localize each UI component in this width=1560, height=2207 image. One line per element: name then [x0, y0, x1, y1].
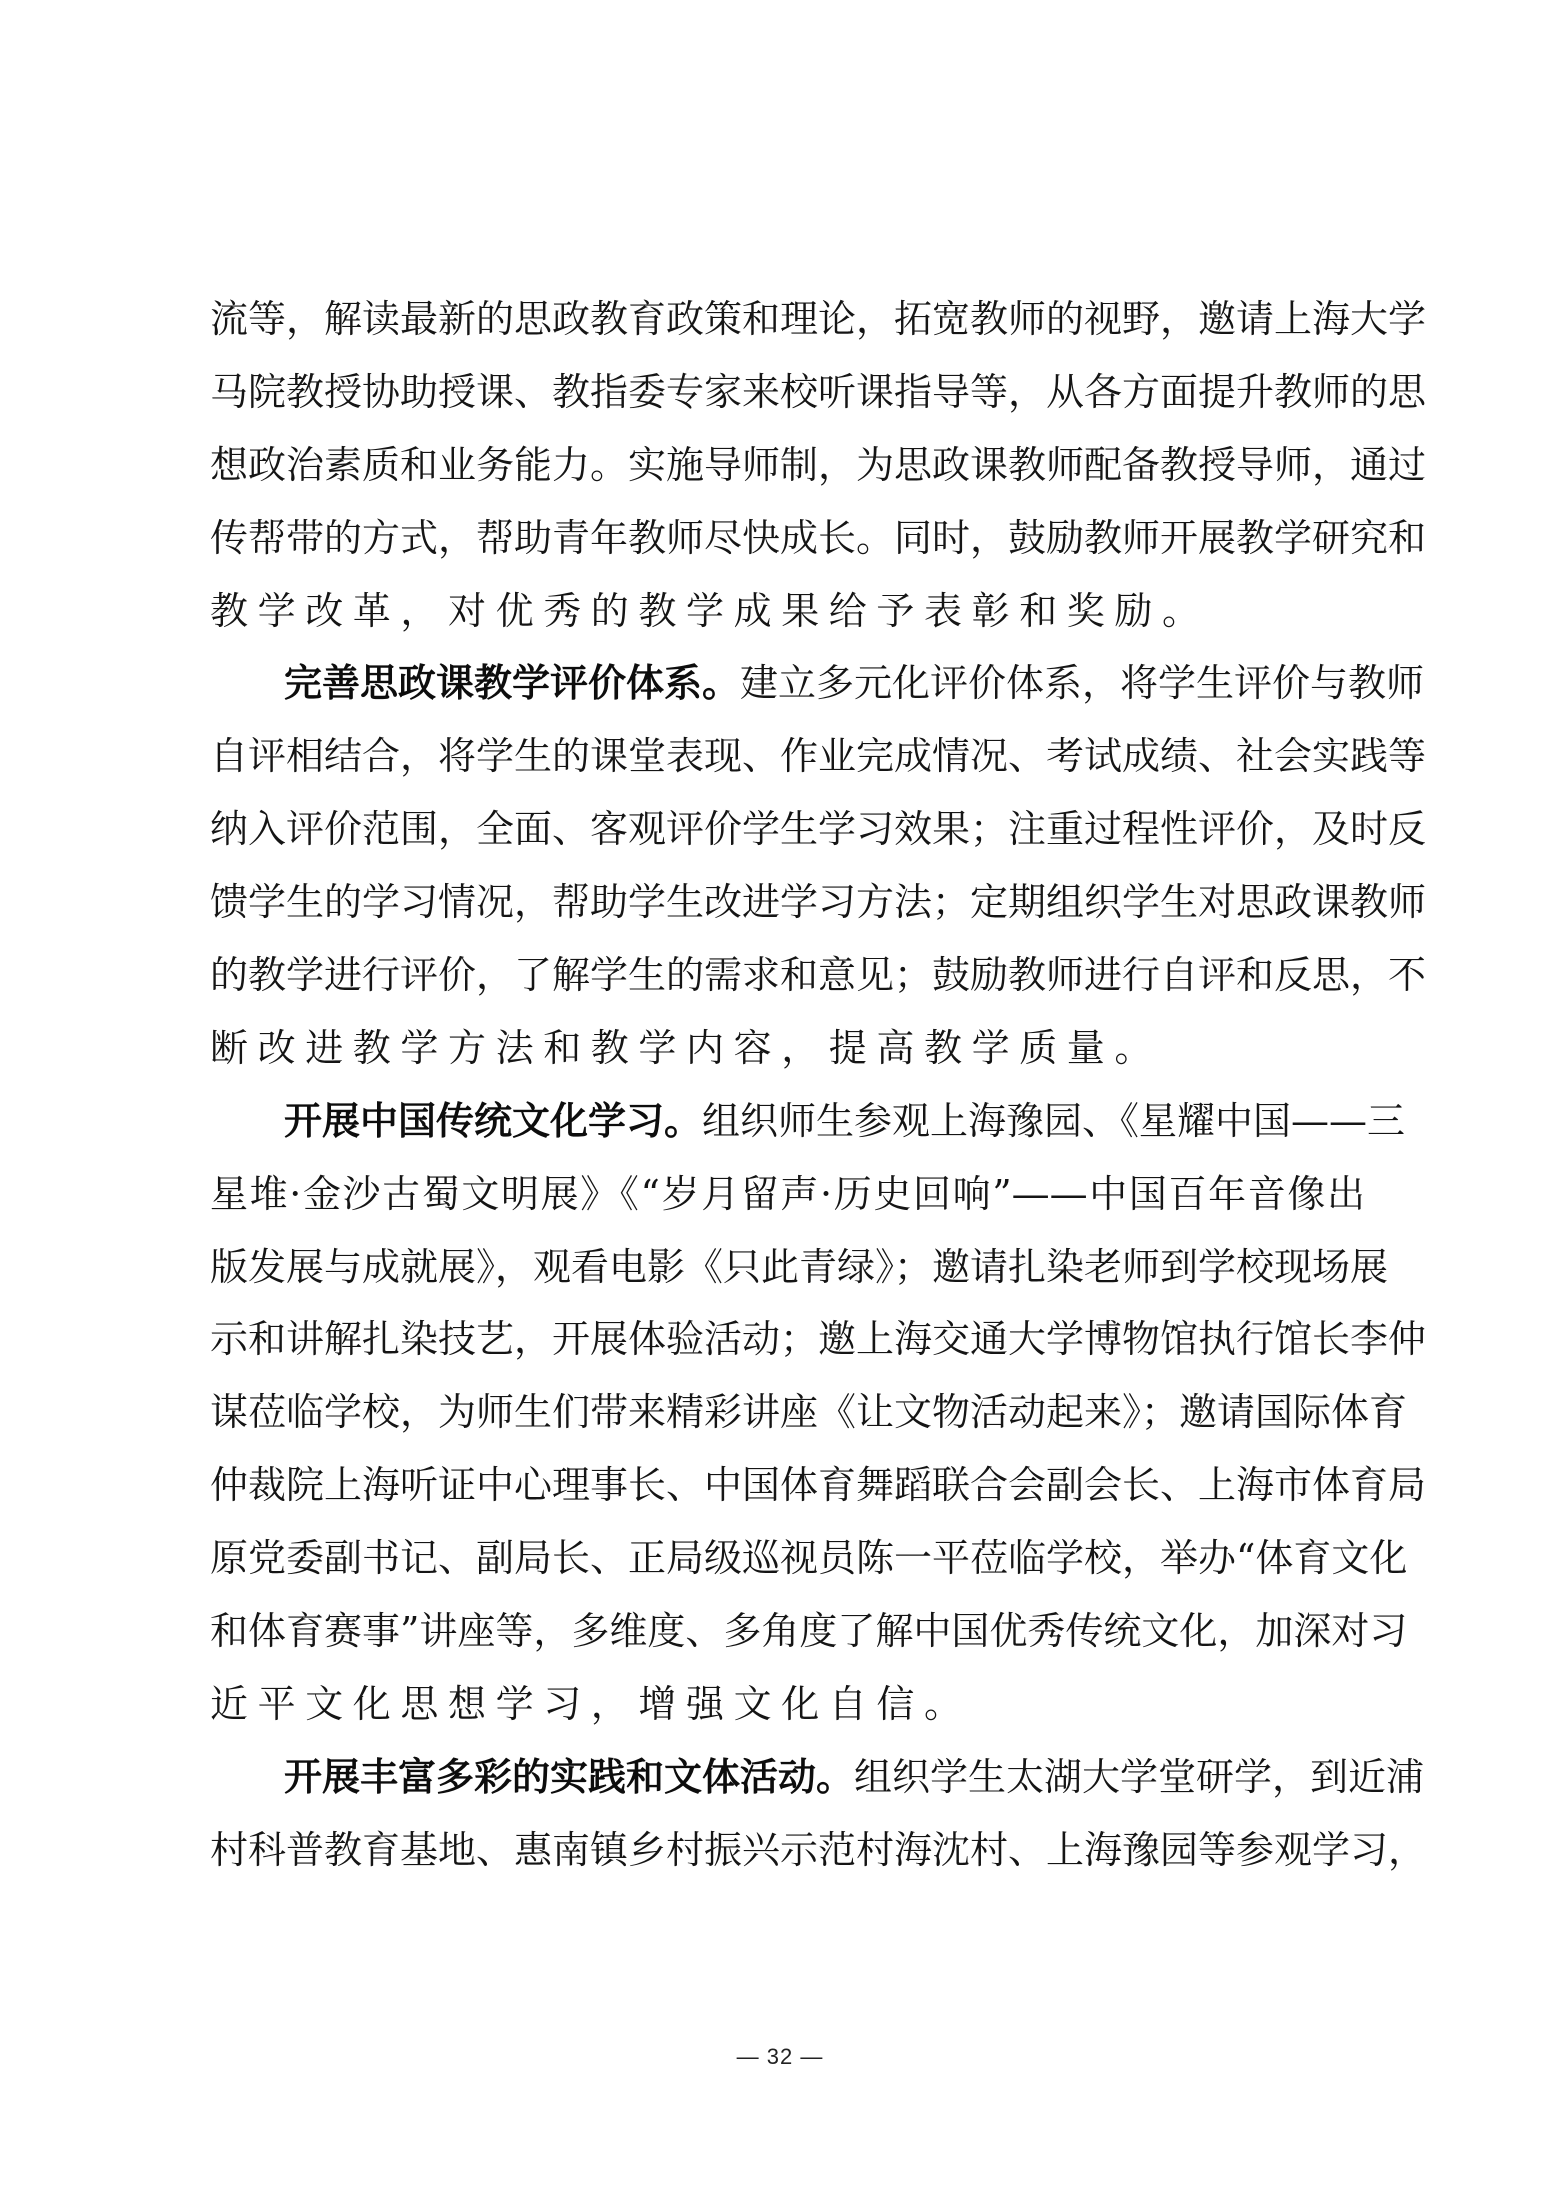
text-line: 和体育赛事”讲座等，多维度、多角度了解中国优秀传统文化，加深对习 — [210, 1595, 1365, 1668]
paragraph-heading: 开展丰富多彩的实践和文体活动。 — [284, 1755, 854, 1799]
text-line: 马院教授协助授课、教指委专家来校听课指导等，从各方面提升教师的思 — [210, 356, 1365, 429]
paragraph-evaluation-system: 完善思政课教学评价体系。建立多元化评价体系，将学生评价与教师 自评相结合，将学生… — [210, 647, 1365, 1084]
text-line: 村科普教育基地、惠南镇乡村振兴示范村海沈村、上海豫园等参观学习， — [210, 1814, 1365, 1887]
document-page: 流等，解读最新的思政教育政策和理论，拓宽教师的视野，邀请上海大学 马院教授协助授… — [0, 0, 1560, 2207]
text-line: 仲裁院上海听证中心理事长、中国体育舞蹈联合会副会长、上海市体育局 — [210, 1449, 1365, 1522]
text-line: 想政治素质和业务能力。实施导师制，为思政课教师配备教授导师，通过 — [210, 429, 1365, 502]
paragraph-traditional-culture: 开展中国传统文化学习。组织师生参观上海豫园、《星耀中国——三 星堆·金沙古蜀文明… — [210, 1085, 1365, 1741]
text-line: 示和讲解扎染技艺，开展体验活动；邀上海交通大学博物馆执行馆长李仲 — [210, 1303, 1365, 1376]
text-run: 组织师生参观上海豫园、《星耀中国——三 — [702, 1099, 1405, 1143]
text-line: 教学改革，对优秀的教学成果给予表彰和奖励。 — [210, 575, 1365, 648]
paragraph-heading: 完善思政课教学评价体系。 — [284, 661, 740, 705]
paragraph-heading: 开展中国传统文化学习。 — [284, 1099, 702, 1143]
paragraph-first-line: 完善思政课教学评价体系。建立多元化评价体系，将学生评价与教师 — [210, 647, 1365, 720]
text-run: 组织学生太湖大学堂研学，到近浦 — [854, 1755, 1424, 1799]
paragraph-first-line: 开展中国传统文化学习。组织师生参观上海豫园、《星耀中国——三 — [210, 1085, 1365, 1158]
text-line: 馈学生的学习情况，帮助学生改进学习方法；定期组织学生对思政课教师 — [210, 866, 1365, 939]
text-line: 原党委副书记、副局长、正局级巡视员陈一平莅临学校，举办“体育文化 — [210, 1522, 1365, 1595]
text-line: 纳入评价范围，全面、客观评价学生学习效果；注重过程性评价，及时反 — [210, 793, 1365, 866]
text-line: 的教学进行评价，了解学生的需求和意见；鼓励教师进行自评和反思，不 — [210, 939, 1365, 1012]
text-line: 星堆·金沙古蜀文明展》《“岁月留声·历史回响”——中国百年音像出 — [210, 1158, 1365, 1231]
paragraph-practice-activities: 开展丰富多彩的实践和文体活动。组织学生太湖大学堂研学，到近浦 村科普教育基地、惠… — [210, 1741, 1365, 1887]
text-line: 传帮带的方式，帮助青年教师尽快成长。同时，鼓励教师开展教学研究和 — [210, 502, 1365, 575]
text-line: 流等，解读最新的思政教育政策和理论，拓宽教师的视野，邀请上海大学 — [210, 283, 1365, 356]
document-body: 流等，解读最新的思政教育政策和理论，拓宽教师的视野，邀请上海大学 马院教授协助授… — [210, 283, 1365, 1887]
text-line: 自评相结合，将学生的课堂表现、作业完成情况、考试成绩、社会实践等 — [210, 720, 1365, 793]
text-line: 断改进教学方法和教学内容，提高教学质量。 — [210, 1012, 1365, 1085]
text-line: 版发展与成就展》，观看电影《只此青绿》；邀请扎染老师到学校现场展 — [210, 1231, 1365, 1304]
text-line: 近平文化思想学习，增强文化自信。 — [210, 1668, 1365, 1741]
page-number: — 32 — — [0, 2044, 1560, 2070]
text-run: 建立多元化评价体系，将学生评价与教师 — [740, 661, 1424, 705]
paragraph-teacher-training: 流等，解读最新的思政教育政策和理论，拓宽教师的视野，邀请上海大学 马院教授协助授… — [210, 283, 1365, 647]
paragraph-first-line: 开展丰富多彩的实践和文体活动。组织学生太湖大学堂研学，到近浦 — [210, 1741, 1365, 1814]
text-line: 谋莅临学校，为师生们带来精彩讲座《让文物活动起来》；邀请国际体育 — [210, 1376, 1365, 1449]
